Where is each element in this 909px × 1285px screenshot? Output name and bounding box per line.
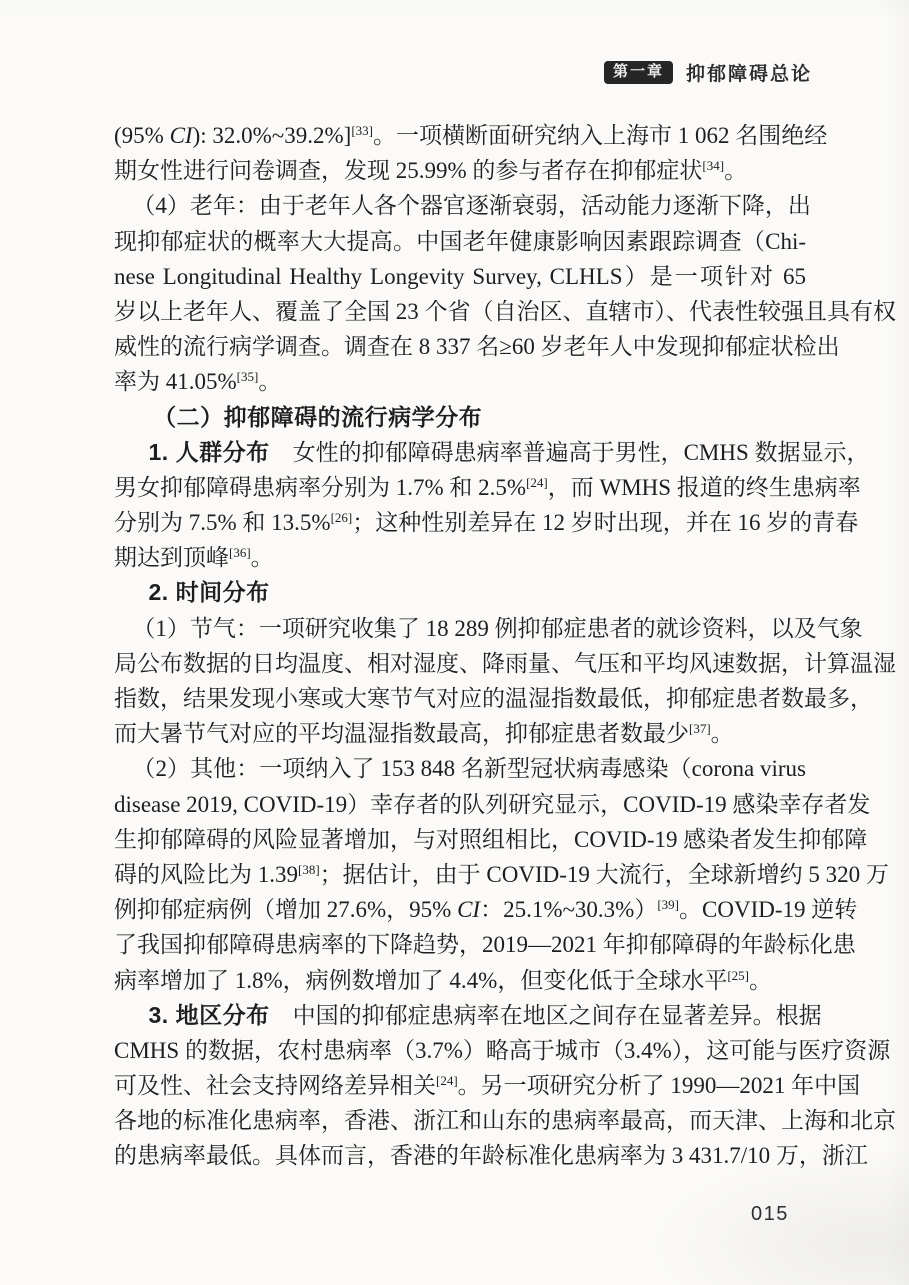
citation-ref: [25]	[727, 968, 749, 983]
citation-ref: [33]	[351, 123, 373, 138]
text-line: 威性的流行病学调查。调查在 8 337 名≥60 岁老年人中发现抑郁症状检出	[114, 329, 806, 364]
citation-ref: [37]	[689, 721, 711, 736]
citation-ref: [36]	[229, 545, 251, 560]
citation-ref: [38]	[298, 862, 320, 877]
text-line: 期女性进行问卷调查，发现 25.99% 的参与者存在抑郁症状[34]。	[114, 153, 806, 188]
text-line: （2）其他：一项纳入了 153 848 名新型冠状病毒感染（corona vir…	[114, 751, 806, 786]
text-line: 1. 人群分布 女性的抑郁障碍患病率普遍高于男性，CMHS 数据显示，	[114, 435, 806, 470]
citation-ref: [24]	[526, 475, 548, 490]
citation-ref: [26]	[331, 510, 353, 525]
text-line: 期达到顶峰[36]。	[114, 540, 806, 575]
text-line: 分别为 7.5% 和 13.5%[26]；这种性别差异在 12 岁时出现，并在 …	[114, 505, 806, 540]
citation-ref: [35]	[237, 369, 259, 384]
text-line: 各地的标准化患病率，香港、浙江和山东的患病率最高，而天津、上海和北京	[114, 1103, 806, 1138]
text-line: 而大暑节气对应的平均温湿指数最高，抑郁症患者数最少[37]。	[114, 716, 806, 751]
text-line: 可及性、社会支持网络差异相关[24]。另一项研究分析了 1990—2021 年中…	[114, 1068, 806, 1103]
text-line: 的患病率最低。具体而言，香港的年龄标准化患病率为 3 431.7/10 万，浙江	[114, 1138, 806, 1173]
text-line: 指数，结果发现小寒或大寒节气对应的温湿指数最低，抑郁症患者数最多，	[114, 681, 806, 716]
text-line: 2. 时间分布	[114, 575, 806, 610]
text-line: disease 2019, COVID-19）幸存者的队列研究显示，COVID-…	[114, 787, 806, 822]
citation-ref: [24]	[436, 1073, 458, 1088]
text-line: （二）抑郁障碍的流行病学分布	[114, 400, 806, 435]
text-line: nese Longitudinal Healthy Longevity Surv…	[114, 259, 806, 294]
text-line: 碍的风险比为 1.39[38]；据估计，由于 COVID-19 大流行，全球新增…	[114, 857, 806, 892]
text-line: （4）老年：由于老年人各个器官逐渐衰弱，活动能力逐渐下降，出	[114, 188, 806, 223]
text-line: CMHS 的数据，农村患病率（3.7%）略高于城市（3.4%），这可能与医疗资源	[114, 1033, 806, 1068]
text-line: 率为 41.05%[35]。	[114, 364, 806, 399]
citation-ref: [34]	[702, 158, 724, 173]
page-number: 015	[751, 1203, 789, 1226]
book-page: 第一章 抑郁障碍总论 (95% CI): 32.0%~39.2%][33]。一项…	[0, 0, 909, 1285]
text-line: 3. 地区分布 中国的抑郁症患病率在地区之间存在显著差异。根据	[114, 998, 806, 1033]
text-line: (95% CI): 32.0%~39.2%][33]。一项横断面研究纳入上海市 …	[114, 118, 806, 153]
text-line: 了我国抑郁障碍患病率的下降趋势，2019—2021 年抑郁障碍的年龄标化患	[114, 927, 806, 962]
text-line: 男女抑郁障碍患病率分别为 1.7% 和 2.5%[24]，而 WMHS 报道的终…	[114, 470, 806, 505]
text-line: （1）节气：一项研究收集了 18 289 例抑郁症患者的就诊资料，以及气象	[114, 611, 806, 646]
citation-ref: [39]	[657, 897, 679, 912]
body-text: (95% CI): 32.0%~39.2%][33]。一项横断面研究纳入上海市 …	[114, 118, 806, 1174]
text-line: 生抑郁障碍的风险显著增加，与对照组相比，COVID-19 感染者发生抑郁障	[114, 822, 806, 857]
chapter-title: 抑郁障碍总论	[686, 59, 812, 86]
text-line: 例抑郁症病例（增加 27.6%，95% CI：25.1%~30.3%）[39]。…	[114, 892, 806, 927]
text-line: 岁以上老年人、覆盖了全国 23 个省（自治区、直辖市）、代表性较强且具有权	[114, 294, 806, 329]
text-line: 病率增加了 1.8%，病例数增加了 4.4%，但变化低于全球水平[25]。	[114, 963, 806, 998]
running-head: 第一章 抑郁障碍总论	[604, 59, 812, 86]
text-line: 现抑郁症状的概率大大提高。中国老年健康影响因素跟踪调查（Chi-	[114, 224, 806, 259]
chapter-badge: 第一章	[604, 61, 673, 84]
text-line: 局公布数据的日均温度、相对湿度、降雨量、气压和平均风速数据，计算温湿	[114, 646, 806, 681]
